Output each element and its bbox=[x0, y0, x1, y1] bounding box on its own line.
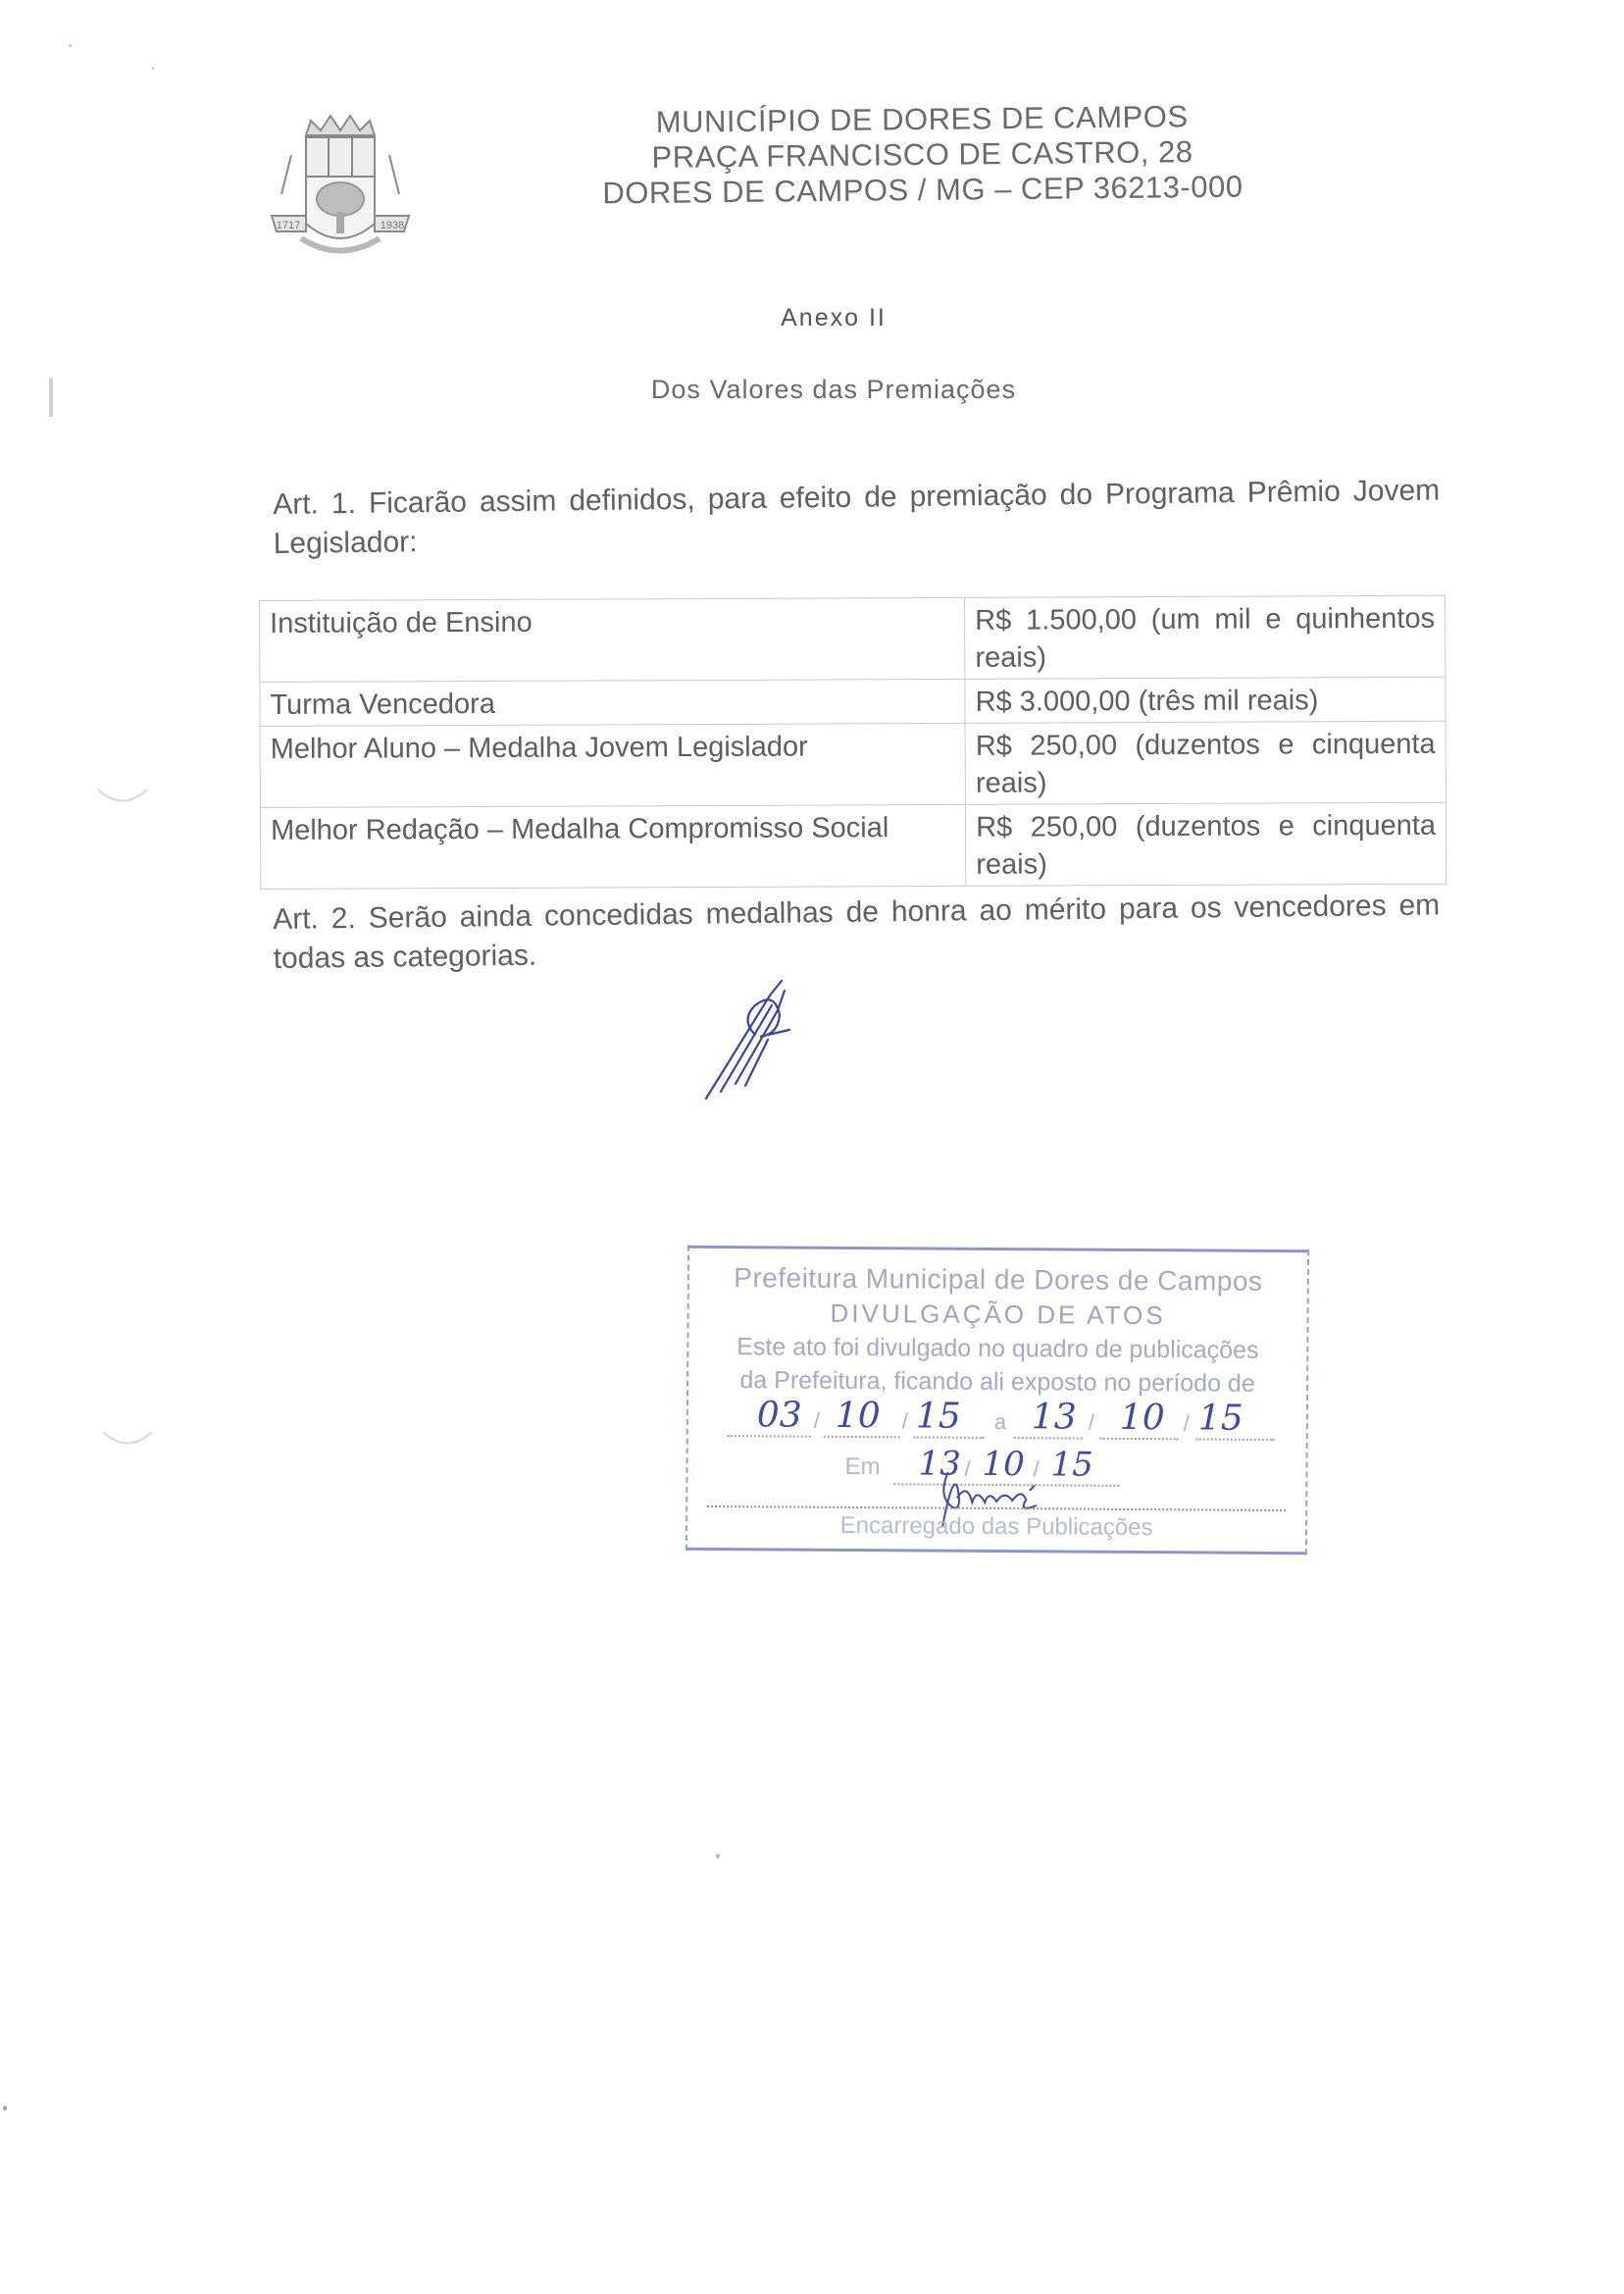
prize-category: Instituição de Ensino bbox=[260, 597, 966, 682]
period-from-year: 15 bbox=[916, 1396, 961, 1436]
scan-speck bbox=[716, 1854, 720, 1859]
prize-value: R$ 3.000,00 (três mil reais) bbox=[965, 677, 1446, 723]
prize-category: Melhor Aluno – Medalha Jovem Legislador bbox=[260, 723, 966, 807]
stamp-text-line1: Este ato foi divulgado no quadro de publ… bbox=[698, 1333, 1296, 1365]
prize-value: R$ 250,00 (duzentos e cinquenta reais) bbox=[965, 721, 1446, 804]
annex-subtitle: Dos Valores das Premiações bbox=[549, 375, 1118, 405]
svg-text:1717: 1717 bbox=[277, 220, 300, 231]
handwritten-signature-icon bbox=[701, 976, 838, 1103]
stamp-text-line2: da Prefeitura, ficando ali exposto no pe… bbox=[698, 1366, 1296, 1399]
prize-category: Melhor Redação – Medalha Compromisso Soc… bbox=[260, 804, 966, 889]
punch-hole-mark-icon bbox=[98, 1427, 157, 1456]
prize-table: Instituição de Ensino R$ 1.500,00 (um mi… bbox=[259, 595, 1446, 890]
period-from-month: 10 bbox=[836, 1396, 881, 1436]
scan-mark bbox=[49, 378, 53, 417]
stamp-period: 03 / 10 / 15 a 13 / 10 / 15 bbox=[728, 1396, 1277, 1441]
table-row: Melhor Redação – Medalha Compromisso Soc… bbox=[260, 802, 1446, 889]
annex-title: Anexo II bbox=[588, 304, 1079, 332]
table-row: Instituição de Ensino R$ 1.500,00 (um mi… bbox=[260, 595, 1446, 682]
prize-category: Turma Vencedora bbox=[260, 679, 965, 726]
period-to-year: 15 bbox=[1198, 1398, 1243, 1438]
stamp-office: Prefeitura Municipal de Dores de Campos bbox=[689, 1262, 1307, 1298]
prize-value: R$ 250,00 (duzentos e cinquenta reais) bbox=[966, 802, 1446, 886]
period-to-month: 10 bbox=[1120, 1398, 1165, 1438]
prize-value: R$ 1.500,00 (um mil e quinhentos reais) bbox=[965, 595, 1446, 679]
period-connector: a bbox=[994, 1409, 1006, 1435]
period-to-day: 13 bbox=[1032, 1397, 1077, 1437]
municipal-coat-of-arms-icon: 1717 1938 bbox=[267, 106, 414, 268]
punch-hole-mark-icon bbox=[93, 785, 152, 814]
stamp-footer: Encarregado das Publicações bbox=[687, 1511, 1305, 1543]
period-from-day: 03 bbox=[757, 1395, 802, 1435]
municipality-city-cep: DORES DE CAMPOS / MG – CEP 36213-000 bbox=[550, 169, 1295, 212]
scan-speck bbox=[69, 44, 72, 47]
article-1-text: Art. 1. Ficarão assim definidos, para ef… bbox=[273, 471, 1441, 564]
table-row: Turma Vencedora R$ 3.000,00 (três mil re… bbox=[260, 677, 1446, 726]
table-row: Melhor Aluno – Medalha Jovem Legislador … bbox=[260, 721, 1446, 807]
stamp-title: DIVULGAÇÃO DE ATOS bbox=[689, 1298, 1307, 1332]
scan-speck bbox=[152, 67, 154, 70]
publication-stamp: Prefeitura Municipal de Dores de Campos … bbox=[685, 1246, 1309, 1555]
article-2-text: Art. 2. Serão ainda concedidas medalhas … bbox=[273, 886, 1441, 979]
letterhead: MUNICÍPIO DE DORES DE CAMPOS PRAÇA FRANC… bbox=[549, 98, 1295, 212]
svg-text:1938: 1938 bbox=[381, 220, 404, 231]
scan-speck bbox=[3, 2106, 7, 2111]
